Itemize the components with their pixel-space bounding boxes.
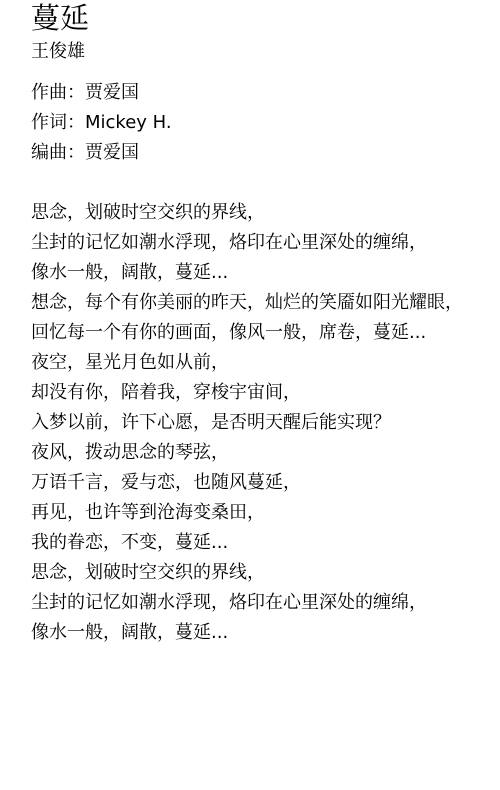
lyric-line: 像水一般，阔散，蔓延...: [31, 258, 500, 288]
lyric-line: 万语千言，爱与恋，也随风蔓延，: [31, 468, 500, 498]
lyric-line: 思念，划破时空交织的界线，: [31, 198, 500, 228]
credit-lyricist: 作词：Mickey H.: [31, 108, 500, 138]
credit-composer: 作曲：贾爱国: [31, 78, 500, 108]
lyrics-block: 思念，划破时空交织的界线， 尘封的记忆如潮水浮现，烙印在心里深处的缠绵， 像水一…: [31, 198, 500, 648]
lyric-line: 尘封的记忆如潮水浮现，烙印在心里深处的缠绵，: [31, 228, 500, 258]
lyric-line: 却没有你，陪着我，穿梭宇宙间，: [31, 378, 500, 408]
lyric-line: 夜空，星光月色如从前，: [31, 348, 500, 378]
lyric-line: 想念，每个有你美丽的昨天，灿烂的笑靥如阳光耀眼，: [31, 288, 500, 318]
lyric-line: 像水一般，阔散，蔓延...: [31, 618, 500, 648]
lyric-line: 尘封的记忆如潮水浮现，烙印在心里深处的缠绵，: [31, 588, 500, 618]
lyrics-page: 蔓延 王俊雄 作曲：贾爱国 作词：Mickey H. 编曲：贾爱国 思念，划破时…: [31, 0, 500, 648]
lyric-line: 再见，也许等到沧海变桑田，: [31, 498, 500, 528]
lyric-line: 入梦以前，许下心愿，是否明天醒后能实现？: [31, 408, 500, 438]
lyric-line: 回忆每一个有你的画面，像风一般，席卷，蔓延...: [31, 318, 500, 348]
lyric-line: 我的眷恋，不变，蔓延...: [31, 528, 500, 558]
credits-block: 作曲：贾爱国 作词：Mickey H. 编曲：贾爱国: [31, 78, 500, 168]
credit-arranger: 编曲：贾爱国: [31, 138, 500, 168]
lyric-line: 夜风，拨动思念的琴弦，: [31, 438, 500, 468]
lyric-line: 思念，划破时空交织的界线，: [31, 558, 500, 588]
song-title: 蔓延: [31, 0, 500, 36]
artist-name: 王俊雄: [31, 40, 500, 64]
